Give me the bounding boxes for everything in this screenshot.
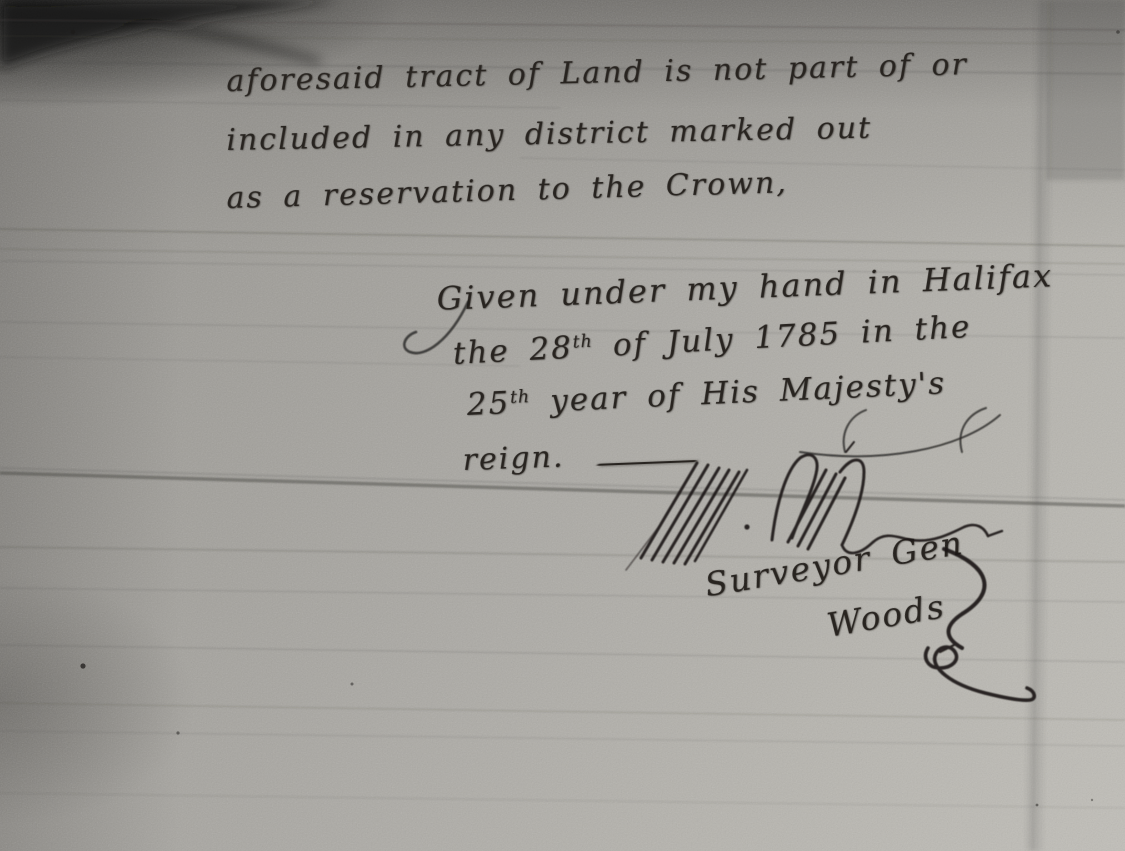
given-g-flourish xyxy=(404,302,468,353)
title-flourish xyxy=(926,549,1035,700)
signature-name-scrawl xyxy=(626,408,1002,570)
manuscript-photo: aforesaid tract of Land is not part of o… xyxy=(0,0,1125,851)
majestys-tail-flourish xyxy=(800,415,1000,456)
signature-scrawl xyxy=(0,0,1125,851)
